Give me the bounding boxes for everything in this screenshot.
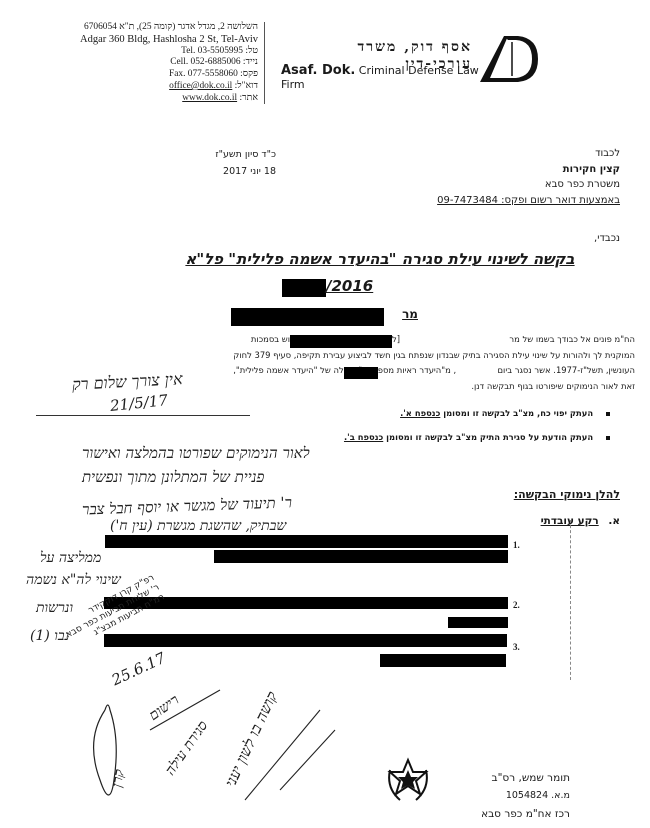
redacted-item-3-line-1 [104,634,507,647]
signer-name: תומר שמש, רס"ב [420,769,570,787]
handwritten-underline [36,415,250,416]
handwritten-note-1-date: 21/5/17 [109,391,168,415]
handwritten-note-2-line-4: שבתיק, שהשגת מגשרת (עין ח') [110,518,286,535]
handwritten-margin-line-2: שינוי לה"א נשמה [26,572,121,589]
recipient-honorific: לכבוד [330,146,620,162]
firm-name-english-bold: Asaf. Dok. [281,63,355,78]
subject-title: בקשה לשינוי עילת סגירה "בהיעדר אשמה פליל… [140,250,620,268]
item-number: 3. [513,642,520,652]
reasons-heading: להלן נימוקי הבקשה: [420,488,620,501]
handwritten-margin-line-3: ונרשות [36,600,73,617]
redacted-name-inline [290,335,392,348]
body-line-1: הח"מ פונים אל כבודך בשמו של מר [להלן: "ה… [180,332,635,348]
email-link[interactable]: office@dok.co.il [169,81,232,91]
recipient-title: קצין חקירות [330,162,620,178]
address-english: Adgar 360 Bldg, Hashlosha 2 St, Tel-Aviv [66,34,258,46]
web-line: www.dok.co.il אתר: [66,93,258,105]
body-line-2: המוקנית לך ולהורות על שינוי עילת הסגירה … [180,348,635,364]
handwritten-note-2-line-1: לאור הנימוקים שפורטו בהמלצה ואישור [82,444,310,463]
firm-contact-block: השלושה 2, מגדל אדגר (קומה 25), ת"א 67060… [66,22,258,105]
recipient-block: לכבוד קצין חקירות משטרת כפר סבא באמצעות … [330,146,620,208]
signature-block: תומר שמש, רס"ב מ.א. 1054824 רכז אח"מ כפר… [420,769,570,823]
redacted-client-name [231,308,384,326]
redacted-item-1-line-1 [105,535,508,548]
fax-line: Fax. 077-5558060 פקס: [66,69,258,81]
body-line-4: זאת לאור הנימוקים שיפורטו בגוף תבקשה דנן… [180,379,635,395]
attachment-item: העתק יפוי כח, מצ"ב לבקשה זו ומסומן כנספח… [230,408,610,418]
item-number: 2. [513,600,520,610]
letter-date: כ"ד סיון תשע"ז 18 יוני 2017 [186,146,276,180]
body-paragraph: הח"מ פונים אל כבודך בשמו של מר [להלן: "ה… [180,332,635,394]
bullet-icon [606,412,610,416]
letterhead-divider [264,22,265,104]
firm-name-english: Asaf. Dok. Criminal Defense Law Firm [281,63,481,91]
handwritten-note-2-line-3: ר' תיעוד של מגשר או יוסף חבל צבר [82,493,293,519]
redacted-item-3-line-2 [380,654,506,667]
redacted-date-inline [344,367,378,379]
gregorian-date: 18 יוני 2017 [186,163,276,180]
hebrew-date: כ"ד סיון תשע"ז [186,146,276,163]
handwritten-signature-strokes [80,680,340,820]
mr-label: מר [390,307,418,321]
body-line-3: העונשין, תשל"ז-1977. אשר נסגר ביום , מ"ה… [180,363,635,379]
attachment-item: העתק הודעת על סגירת התיק מצ"ב לבקשה זו ו… [230,432,610,442]
cell-line: Cell. 052-6885006 נייד: [66,57,258,69]
website-link[interactable]: www.dok.co.il [182,93,237,103]
item-number: 1. [513,540,520,550]
redacted-case-number [282,279,326,297]
signer-id: מ.א. 1054824 [420,787,570,805]
signer-unit: רכז אח"מ כפר סבא [420,805,570,823]
stamp-line-2: ר' שלוחת תביעות כפר סבא [15,583,161,668]
handwritten-margin-line-1: ממליצה על [40,550,101,567]
factual-background-heading: א. רקע עובדתי [430,515,620,527]
case-year: /2016 [326,277,416,295]
bullet-icon [606,436,610,440]
recipient-station: משטרת כפר סבא [330,177,620,193]
redacted-item-2-line-2 [448,617,508,628]
sub-letter: א. [608,515,620,527]
margin-fold-line [570,520,572,680]
handwritten-note-2-line-2: פניית של המתלונן מתוך ונפשית [82,468,264,487]
tel-line: Tel. 03-5505995 טל: [66,46,258,58]
salutation: נכבדי, [480,233,620,244]
address-hebrew: השלושה 2, מגדל אדגר (קומה 25), ת"א 67060… [66,22,258,34]
ad-logo-icon [478,34,540,84]
email-line: office@dok.co.il דוא"ל: [66,81,258,93]
delivery-method: באמצעות דואר רשום ופקס: 09-7473484 [330,193,620,209]
redacted-item-1-line-2 [214,550,508,563]
